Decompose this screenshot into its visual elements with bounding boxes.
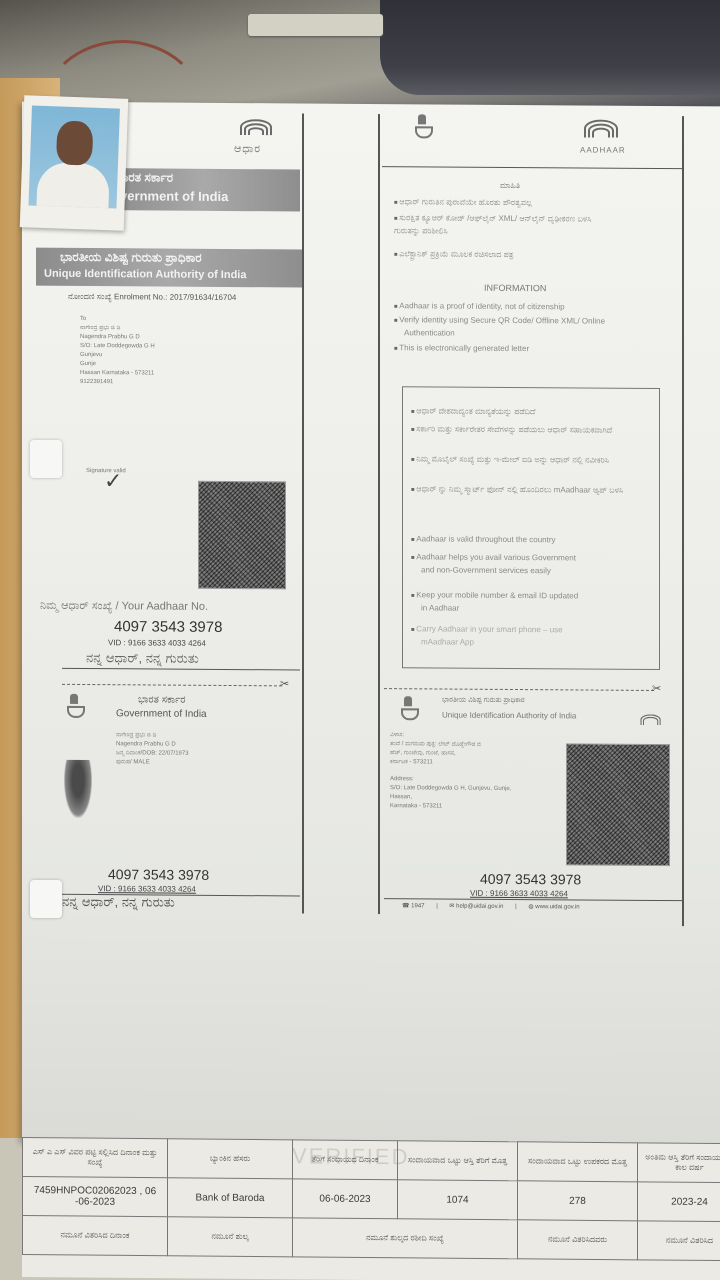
address-line: To: [80, 316, 86, 322]
separator: |: [436, 903, 438, 909]
box-en-bullet: Carry Aadhaar in your smart phone – use: [411, 623, 563, 637]
aadhaar-letter-sheet: ಆಧಾರ ಭಾರತ ಸರ್ಕಾರ Government of India ಭಾರ…: [22, 102, 720, 1147]
email-icon: ✉: [449, 904, 454, 910]
table-cell: 278: [518, 1181, 638, 1221]
card-photo: [64, 760, 92, 818]
checkmark-icon: ✓: [104, 468, 122, 494]
card-gov-en: Government of India: [116, 708, 207, 720]
column-divider: [682, 116, 684, 926]
box-kn-bullet: ಆಧಾರ್ ನ್ನು ನಿಮ್ಮ ಸ್ಮಾರ್ಟ್ ಫೋನ್ ನಲ್ಲಿ ಹೊಂ…: [411, 483, 631, 498]
card-aadhaar-number: 4097 3543 3978: [480, 871, 581, 888]
table-cell: 06-06-2023: [293, 1179, 398, 1219]
phone-number: 1947: [411, 903, 424, 909]
info-en-bullet: This is electronically generated letter: [394, 342, 529, 356]
card-gov-kn: ಭಾರತ ಸರ್ಕಾರ: [138, 694, 186, 705]
address-line: Gunje: [80, 361, 96, 367]
cut-line: [384, 688, 654, 691]
emblem-icon: [414, 114, 430, 138]
emblem-icon: [400, 696, 416, 720]
laptop-device: [380, 0, 720, 95]
box-kn-bullet: ಸರ್ಕಾರಿ ಮತ್ತು ಸರ್ಕಾರೇತರ ಸೇವೆಗಳನ್ನು ಪಡೆಯಲ…: [411, 423, 631, 438]
table-header: ಸಂದಾಯವಾದ ಒಟ್ಟು ಆಸ್ತಿ ತೆರಿಗೆ ಮೊತ್ತ: [398, 1141, 518, 1181]
uidai-banner: ಭಾರತೀಯ ವಿಶಿಷ್ಟ ಗುರುತು ಪ್ರಾಧಿಕಾರ Unique I…: [36, 248, 302, 288]
address-label-kn: ವಿಳಾಸ:: [390, 732, 404, 739]
address-line: 9122391491: [80, 379, 113, 385]
address-line: Hassan Karnataka - 573211: [80, 370, 154, 377]
table-cell: 2023-24: [638, 1182, 720, 1222]
gov-banner: ಭಾರತ ಸರ್ಕಾರ Government of India: [108, 168, 300, 211]
aadhaar-logo-icon: [637, 713, 663, 735]
box-en-bullet-cont: mAadhaar App: [421, 637, 474, 646]
info-box: ಆಧಾರ್ ದೇಶದಾದ್ಯಂತ ಮಾನ್ಯತೆಯನ್ನು ಪಡೆದಿದೆ ಸರ…: [402, 386, 660, 670]
divider: [62, 668, 300, 671]
divider: [384, 898, 682, 901]
info-en-bullet: Verify identity using Secure QR Code/ Of…: [394, 314, 605, 328]
address-label-en: Address:: [390, 776, 414, 782]
card-vid-number: VID : 9166 3633 4033 4264: [470, 889, 568, 899]
column-divider: [302, 114, 304, 914]
table-header: ನಮೂನೆ ಶುಲ್ಕದ ರಶೀದಿ ಸಂಖ್ಯೆ: [293, 1218, 518, 1259]
box-kn-bullet: ನಿಮ್ಮ ಮೊಬೈಲ್ ಸಂಖ್ಯೆ ಮತ್ತು ಇ-ಮೇಲ್ ಐಡಿ ಅನ್…: [411, 453, 631, 468]
uidai-en: Unique Identification Authority of India: [44, 268, 246, 281]
aadhaar-logo-label: ಆಧಾರ: [234, 143, 261, 156]
info-kn-bullet: ಆಧಾರ್ ಗುರುತಿನ ಪುರಾವೆಯೇ ಹೊರತು ಪೌರತ್ವವಲ್ಲ: [394, 196, 532, 210]
card-name-kn: ನಾಗೇಂದ್ರ ಪ್ರಭು ಜಿ ಡಿ: [116, 732, 156, 739]
scissors-icon: ✂: [280, 677, 289, 690]
address-en-line: Karnataka - 573211: [390, 803, 442, 809]
card-uidai-en: Unique Identification Authority of India: [442, 710, 576, 720]
table-cell: 7459HNPOC02062023 , 06 -06-2023: [23, 1176, 168, 1216]
info-en-bullet: Aadhaar is a proof of identity, not of c…: [394, 300, 565, 314]
table-header: ಬ್ಯಾಂಕಿನ ಹೆಸರು: [168, 1139, 293, 1179]
address-kn-line: ತಂದೆ / ಮಗನುಡು ಪುತ್ರ: ಲೇಟ್ ದೊಡ್ಡೇಗೌಡ ಜಿ: [390, 741, 481, 749]
table-row: 7459HNPOC02062023 , 06 -06-2023 Bank of …: [23, 1176, 720, 1221]
address-en-line: Hassan,: [390, 794, 412, 800]
box-en-bullet: Keep your mobile number & email ID updat…: [411, 589, 578, 603]
aadhaar-number: 4097 3543 3978: [114, 618, 222, 636]
qr-code: [198, 481, 286, 590]
box-en-bullet: Aadhaar is valid throughout the country: [411, 533, 556, 547]
qr-code: [566, 743, 670, 866]
address-line: Gunjevu: [80, 352, 102, 358]
box-en-bullet: Aadhaar helps you avail various Governme…: [411, 551, 576, 565]
table-header: ನಮೂನೆ ವಿತರಿಸಿದವರು: [518, 1220, 638, 1260]
card-dob: ಜನ್ಮ ದಿನಾಂಕ/DOB: 22/07/1973: [116, 750, 189, 758]
device-port: [248, 14, 383, 36]
box-en-bullet-cont: in Aadhaar: [421, 603, 459, 612]
table-footer-row: ನಮೂನೆ ವಿತರಿಸಿದ ದಿನಾಂಕ ನಮೂನೆ ಶುಲ್ಕ ನಮೂನೆ …: [23, 1215, 720, 1260]
table-header: ಎಸ್ ಎ ಎಸ್ ವಿವರ ಪಟ್ಟಿ ಸಲ್ಲಿಸಿದ ದಿನಾಂಕ ಮತ್…: [23, 1137, 168, 1177]
email: help@uidai.gov.in: [456, 904, 503, 910]
uidai-kn: ಭಾರತೀಯ ವಿಶಿಷ್ಟ ಗುರುತು ಪ್ರಾಧಿಕಾರ: [60, 250, 202, 266]
table-header: ನಮೂನೆ ಶುಲ್ಕ: [168, 1217, 293, 1257]
address-kn-line: ಕರ್ನಾಟಕ - 573211: [390, 759, 433, 766]
table-header: ನಮೂನೆ ವಿತರಿಸಿದ ದಿನಾಂಕ: [23, 1215, 168, 1255]
photo-image: [28, 105, 119, 208]
separator: |: [515, 904, 517, 910]
box-en-bullet-cont: and non-Government services easily: [421, 565, 551, 575]
card-vid-number: VID : 9166 3633 4033 4264: [98, 884, 196, 894]
info-heading-kn: ಮಾಹಿತಿ: [500, 181, 520, 191]
verified-watermark: VERIFIED: [292, 1143, 409, 1170]
scissors-icon: ✂: [652, 682, 661, 695]
info-heading-en: INFORMATION: [484, 283, 546, 293]
your-aadhaar-label: ನಿಮ್ಮ ಆಧಾರ್ ಸಂಖ್ಯೆ / Your Aadhaar No.: [40, 600, 208, 614]
table-header: ನಮೂನೆ ವಿತರಿಸಿದ: [638, 1221, 720, 1261]
address-line: ನಾಗೇಂದ್ರ ಪ್ರಭು ಜಿ ಡಿ: [80, 325, 120, 332]
address-en-line: S/O: Late Doddegowda G H, Gunjevu, Gunje…: [390, 785, 511, 792]
table-header: ಅಂತಿಮ ಆಸ್ತಿ ತೆರಿಗೆ ಸಂದಾಯವಾದ ಕಾಲ ವರ್ಷ: [638, 1143, 720, 1183]
table-header: ಸಂದಾಯವಾದ ಒಟ್ಟು ಉಪಕರದ ಮೊತ್ತ: [518, 1142, 638, 1182]
address-line: Nagendra Prabhu G D: [80, 334, 140, 340]
card-name-en: Nagendra Prabhu G D: [116, 741, 176, 747]
info-kn-bullet: ಸುರಕ್ಷಿತ ಕ್ಯೂಆರ್ ಕೋಡ್ /ಆಫ್‌ಲೈನ್ XML/ ಆನ್…: [394, 212, 604, 238]
vid-number: VID : 9166 3633 4033 4264: [108, 638, 206, 648]
card-gender: ಪುರುಷ/ MALE: [116, 759, 150, 766]
table-cell: 1074: [398, 1180, 518, 1220]
emblem-icon: [66, 694, 82, 718]
column-divider: [378, 114, 380, 914]
file-clip: [30, 880, 62, 918]
address-line: S/O: Late Doddegowda G H: [80, 343, 155, 350]
globe-icon: ◍: [528, 904, 533, 910]
card-uidai-kn: ಭಾರತೀಯ ವಿಶಿಷ್ಟ ಗುರುತು ಪ್ರಾಧಿಕಾರ: [442, 696, 525, 705]
info-en-bullet-cont: Authentication: [404, 328, 455, 337]
box-kn-bullet: ಆಧಾರ್ ದೇಶದಾದ್ಯಂತ ಮಾನ್ಯತೆಯನ್ನು ಪಡೆದಿದೆ: [411, 405, 535, 419]
contact-footer: ☎ 1947 | ✉ help@uidai.gov.in | ◍ www.uid…: [402, 902, 580, 910]
card-aadhaar-number: 4097 3543 3978: [108, 866, 209, 883]
address-kn-line: ಹೆಚ್, ಗುಂಜೇವು, ಗುಂಜೆ, ಹಾಸನ,: [390, 750, 456, 757]
table-cell: Bank of Baroda: [168, 1178, 293, 1218]
phone-icon: ☎: [402, 903, 409, 909]
info-kn-bullet: ಎಲೆಕ್ಟ್ರಾನಿಕ್ ಪ್ರಕ್ರಿಯೆ ಮೂಲಕ ರಚಿಸಲಾದ ಪತ್…: [394, 248, 513, 262]
website: www.uidai.gov.in: [535, 904, 579, 910]
divider: [382, 166, 682, 169]
cut-line: [62, 684, 282, 687]
file-clip: [30, 440, 62, 478]
card-tagline: ನನ್ನ ಆಧಾರ್, ನನ್ನ ಗುರುತು: [62, 894, 175, 911]
tax-table: ಎಸ್ ಎ ಎಸ್ ವಿವರ ಪಟ್ಟಿ ಸಲ್ಲಿಸಿದ ದಿನಾಂಕ ಮತ್…: [22, 1137, 720, 1280]
passport-photo: [20, 95, 129, 231]
tagline: ನನ್ನ ಆಧಾರ್, ನನ್ನ ಗುರುತು: [86, 650, 199, 667]
aadhaar-logo-label: AADHAAR: [580, 145, 626, 154]
enrolment-number: ನೋಂದಣಿ ಸಂಖ್ಯೆ Enrolment No.: 2017/91634/…: [68, 292, 236, 303]
